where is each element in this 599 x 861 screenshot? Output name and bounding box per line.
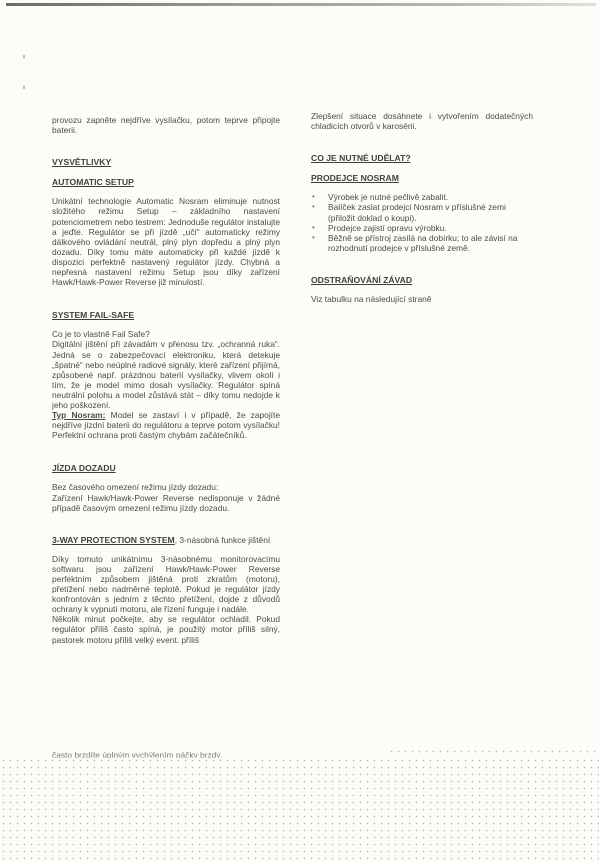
fail-safe-question: Co je to vlastně Fail Safe? [52,329,280,339]
heading-reverse: JÍZDA DOZADU [52,463,280,473]
scan-speck [23,55,25,58]
right-column: Zlepšení situace dosáhnete i vytvořením … [311,111,533,304]
dealer-steps-list: Výrobek je nutné pečlivě zabalit. Balíče… [311,192,533,253]
protection-body-2: Několik minut počkejte, aby se regulátor… [52,614,280,644]
section-title-what-to-do: CO JE NUTNÉ UDĚLAT? [311,153,533,163]
list-item: Běžně se přístroj zasílá na dobírku; to … [311,233,533,253]
heading-fail-safe: SYSTEM FAIL-SAFE [52,310,280,320]
protection-heading-suffix: , 3-násobná funkce jištění [175,535,270,545]
scan-top-edge [6,3,596,6]
troubleshooting-body: Viz tabulku na následující straně [311,294,533,304]
list-item: Prodejce zajistí opravu výrobku. [311,223,533,233]
scan-speck [23,86,25,89]
heading-dealer: PRODEJCE NOSRAM [311,173,533,183]
reverse-body-1: Bez časového omezení režimu jízdy dozadu… [52,482,280,492]
fail-safe-body: Digitální jištění při závadám v přenosu … [52,339,280,410]
dotted-overlay [0,757,599,861]
protection-heading-line: 3-WAY PROTECTION SYSTEM, 3-násobná funkc… [52,535,280,545]
automatic-setup-body: Unikátní technologie Automatic Nosram el… [52,196,280,287]
list-item: Balíček zaslat prodejci Nosram v přísluš… [311,202,533,222]
heading-troubleshooting: ODSTRAŇOVÁNÍ ZÁVAD [311,275,533,285]
list-item: Výrobek je nutné pečlivě zabalit. [311,192,533,202]
heading-protection: 3-WAY PROTECTION SYSTEM [52,535,175,545]
cooling-tip: Zlepšení situace dosáhnete i vytvořením … [311,111,533,131]
reverse-body-2: Zařízení Hawk/Hawk-Power Reverse nedispo… [52,493,280,513]
tip-label: Typ Nosram: [52,410,105,420]
fail-safe-tip: Typ Nosram: Model se zastaví i v případě… [52,410,280,440]
intro-text: provozu zapněte nejdříve vysílačku, poto… [52,115,280,135]
section-title-explanations: VYSVĚTLIVKY [52,157,280,167]
protection-body-1: Díky tomuto unikátnímu 3-násobnému monit… [52,554,280,615]
left-column: provozu zapněte nejdříve vysílačku, poto… [52,115,280,645]
heading-automatic-setup: AUTOMATIC SETUP [52,177,280,187]
